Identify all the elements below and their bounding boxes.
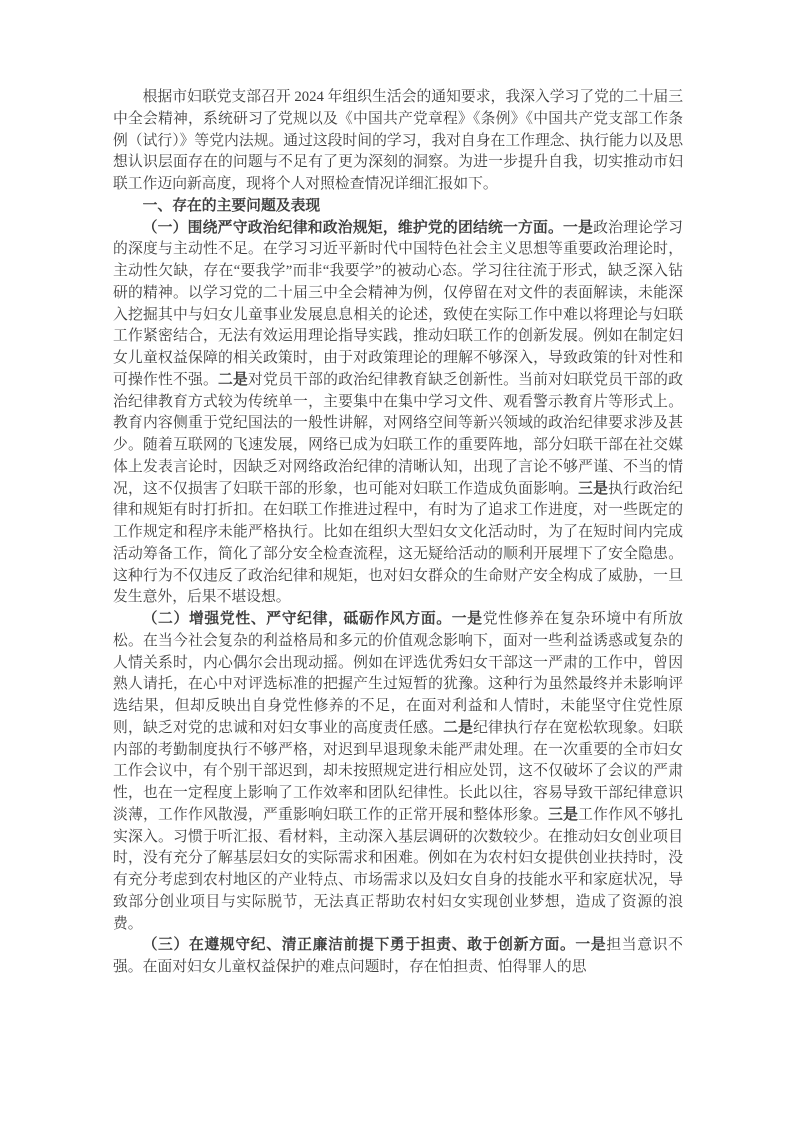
section-2-marker-3: 三是 — [548, 807, 578, 823]
section-2-lead: （二）增强党性、严守纪律，砥砺作风方面。一是 — [143, 611, 483, 627]
section-1-marker-3: 三是 — [578, 481, 608, 497]
section-2-body-1: 党性修养在复杂环境中有所放松。在当今社会复杂的利益格局和多元的价值观念影响下，面… — [113, 611, 683, 736]
section-2-marker-2: 二是 — [443, 720, 473, 736]
document-page: 根据市妇联党支部召开 2024 年组织生活会的通知要求，我深入学习了党的二十届三… — [0, 0, 793, 1122]
section-2-body-3: 工作作风不够扎实深入。习惯于听汇报、看材料，主动深入基层调研的次数较少。在推动妇… — [113, 807, 683, 932]
section-1-lead: （一）围绕严守政治纪律和政治规矩，维护党的团结统一方面。一是 — [143, 220, 594, 236]
section-1-body-2: 对党员干部的政治纪律教育缺乏创新性。当前对妇联党员干部的政治纪律教育方式较为传统… — [113, 372, 683, 497]
intro-text: 根据市妇联党支部召开 2024 年组织生活会的通知要求，我深入学习了党的二十届三… — [113, 89, 683, 192]
document-text-block: 根据市妇联党支部召开 2024 年组织生活会的通知要求，我深入学习了党的二十届三… — [113, 87, 683, 979]
section-1-paragraph: （一）围绕严守政治纪律和政治规矩，维护党的团结统一方面。一是政治理论学习的深度与… — [113, 218, 683, 610]
section-1-body-3: 执行政治纪律和规矩有时打折扣。在妇联工作推进过程中，有时为了追求工作进度，对一些… — [113, 481, 683, 606]
intro-paragraph: 根据市妇联党支部召开 2024 年组织生活会的通知要求，我深入学习了党的二十届三… — [113, 87, 683, 196]
section-1-body-1: 政治理论学习的深度与主动性不足。在学习习近平新时代中国特色社会主义思想等重要政治… — [113, 220, 683, 388]
section-2-paragraph: （二）增强党性、严守纪律，砥砺作风方面。一是党性修养在复杂环境中有所放松。在当今… — [113, 609, 683, 935]
heading-main-problems: 一、存在的主要问题及表现 — [113, 196, 683, 218]
section-3-paragraph: （三）在遵规守纪、清正廉洁前提下勇于担责、敢于创新方面。一是担当意识不强。在面对… — [113, 935, 683, 979]
section-1-marker-2: 二是 — [218, 372, 248, 388]
section-3-lead: （三）在遵规守纪、清正廉洁前提下勇于担责、敢于创新方面。一是 — [143, 937, 607, 953]
